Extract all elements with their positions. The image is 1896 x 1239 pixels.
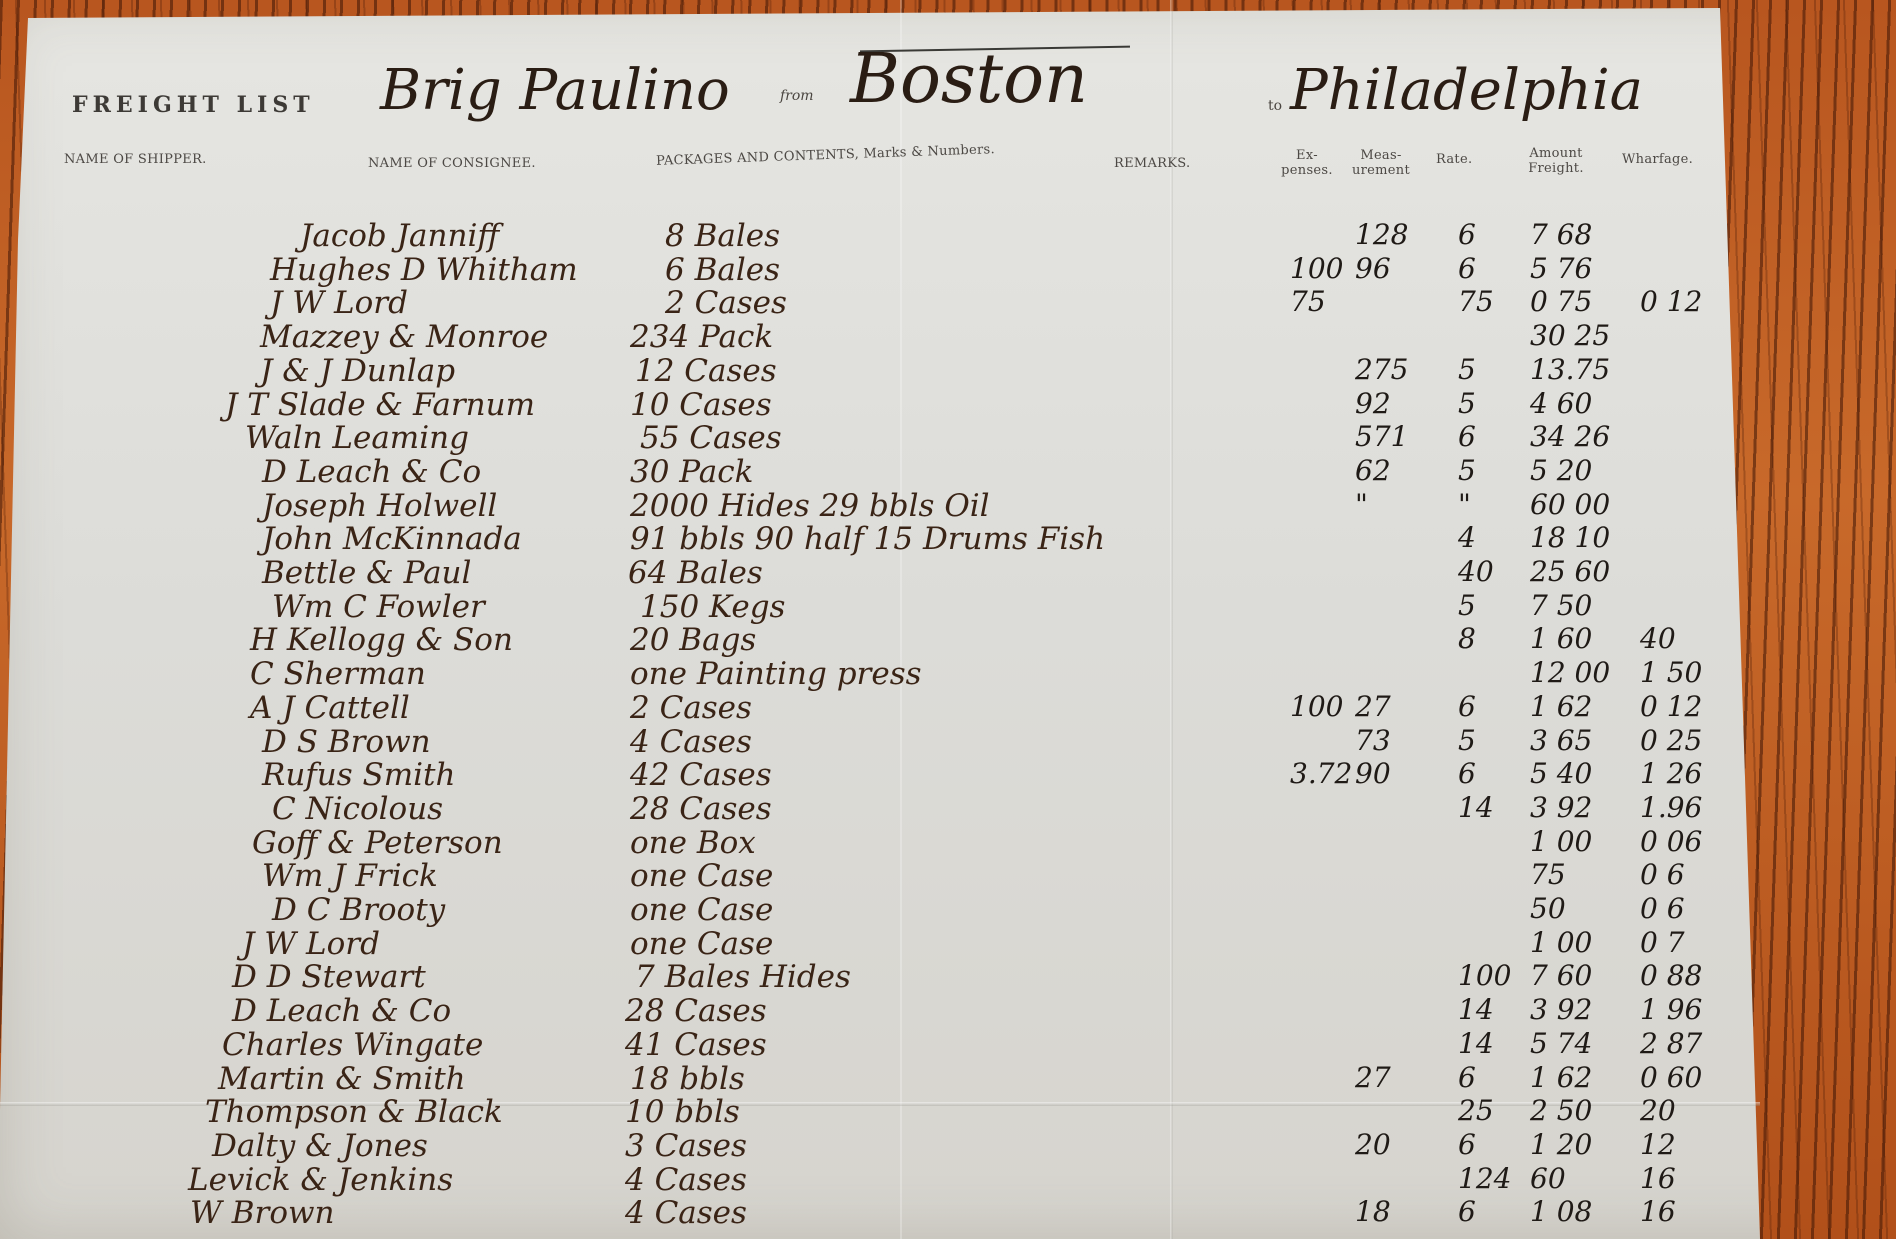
freight-amount: 1 62 (1530, 1061, 1592, 1094)
packages-contents: 4 Cases (630, 724, 752, 760)
freight-amount: 18 10 (1530, 521, 1610, 554)
consignee-name: A J Cattell (250, 690, 410, 726)
table-row: D Leach & Co28 Cases143 921 96 (0, 993, 1760, 1027)
measurement-value: 92 (1355, 387, 1391, 420)
consignee-name: Thompson & Black (205, 1094, 503, 1130)
packages-contents: one Painting press (630, 656, 922, 692)
rate-value: 6 (1458, 1061, 1476, 1094)
table-row: Martin & Smith18 bbls2761 620 60 (0, 1061, 1760, 1095)
wharfage-value: 16 (1640, 1195, 1676, 1228)
rate-value: 6 (1458, 1128, 1476, 1161)
freight-amount: 1 00 (1530, 926, 1592, 959)
table-row: J W Lord2 Cases75750 750 12 (0, 285, 1760, 319)
rate-value: 6 (1458, 252, 1476, 285)
packages-contents: 42 Cases (630, 757, 772, 793)
header-measurement: Meas- urement (1348, 148, 1414, 178)
rate-value: 5 (1458, 724, 1476, 757)
table-row: H Kellogg & Son20 Bags81 6040 (0, 622, 1760, 656)
freight-amount: 50 (1530, 892, 1566, 925)
packages-contents: one Case (630, 892, 773, 928)
rate-value: " (1458, 488, 1471, 521)
freight-amount: 7 68 (1530, 218, 1592, 251)
measurement-value: 571 (1355, 420, 1408, 453)
table-row: Charles Wingate41 Cases145 742 87 (0, 1027, 1760, 1061)
packages-contents: one Case (630, 926, 773, 962)
freight-amount: 7 50 (1530, 589, 1592, 622)
measurement-value: 18 (1355, 1195, 1391, 1228)
wharfage-value: 0 6 (1640, 892, 1685, 925)
freight-amount: 60 00 (1530, 488, 1610, 521)
freight-amount: 30 25 (1530, 319, 1610, 352)
rate-value: 124 (1458, 1162, 1511, 1195)
table-row: D S Brown4 Cases7353 650 25 (0, 724, 1760, 758)
expenses-value: 100 (1290, 252, 1343, 285)
consignee-name: J & J Dunlap (260, 353, 455, 389)
consignee-name: Goff & Peterson (252, 825, 503, 861)
destination-port: Philadelphia (1290, 58, 1643, 123)
table-row: Goff & Petersonone Box1 000 06 (0, 825, 1760, 859)
expenses-value: 3.72 (1290, 757, 1352, 790)
table-row: Levick & Jenkins4 Cases1246016 (0, 1162, 1760, 1196)
measurement-value: 96 (1355, 252, 1391, 285)
wharfage-value: 1 96 (1640, 993, 1702, 1026)
header-remarks: REMARKS. (1114, 156, 1190, 171)
header-amount-freight: Amount Freight. (1520, 146, 1592, 176)
freight-amount: 4 60 (1530, 387, 1592, 420)
vessel-name: Brig Paulino (380, 58, 730, 123)
packages-contents: 10 Cases (630, 387, 772, 423)
consignee-name: J W Lord (270, 285, 408, 321)
packages-contents: 28 Cases (625, 993, 767, 1029)
rate-value: 100 (1458, 959, 1511, 992)
freight-amount: 34 26 (1530, 420, 1610, 453)
table-row: D D Stewart7 Bales Hides1007 600 88 (0, 959, 1760, 993)
packages-contents: 28 Cases (630, 791, 772, 827)
packages-contents: 2 Cases (665, 285, 787, 321)
wharfage-value: 2 87 (1640, 1027, 1702, 1060)
table-row: C Shermanone Painting press12 001 50 (0, 656, 1760, 690)
header-rate: Rate. (1436, 152, 1472, 167)
header-consignee: NAME OF CONSIGNEE. (368, 156, 536, 171)
packages-contents: 55 Cases (640, 420, 782, 456)
packages-contents: 4 Cases (625, 1195, 747, 1231)
to-label: to (1268, 98, 1282, 114)
consignee-name: D Leach & Co (232, 993, 451, 1029)
wharfage-value: 0 7 (1640, 926, 1685, 959)
packages-contents: 4 Cases (625, 1162, 747, 1198)
wharfage-value: 1 26 (1640, 757, 1702, 790)
packages-contents: 64 Bales (628, 555, 763, 591)
rate-value: 6 (1458, 1195, 1476, 1228)
rate-value: 4 (1458, 521, 1476, 554)
consignee-name: J W Lord (242, 926, 380, 962)
freight-amount: 1 20 (1530, 1128, 1592, 1161)
packages-contents: 91 bbls 90 half 15 Drums Fish (630, 521, 1105, 557)
measurement-value: 62 (1355, 454, 1391, 487)
header-shipper: NAME OF SHIPPER. (64, 152, 207, 167)
table-row: J W Lordone Case1 000 7 (0, 926, 1760, 960)
table-row: D C Brootyone Case500 6 (0, 892, 1760, 926)
table-row: J & J Dunlap12 Cases275513.75 (0, 353, 1760, 387)
packages-contents: 20 Bags (630, 622, 756, 658)
rate-value: 8 (1458, 622, 1476, 655)
table-row: Wm J Frickone Case750 6 (0, 858, 1760, 892)
measurement-value: " (1355, 488, 1368, 521)
freight-amount: 2 50 (1530, 1094, 1592, 1127)
consignee-name: H Kellogg & Son (250, 622, 513, 658)
consignee-name: Jacob Janniff (300, 218, 499, 254)
packages-contents: 2 Cases (630, 690, 752, 726)
expenses-value: 100 (1290, 690, 1343, 723)
freight-amount: 5 20 (1530, 454, 1592, 487)
measurement-value: 27 (1355, 690, 1391, 723)
consignee-name: Wm C Fowler (272, 589, 485, 625)
table-row: Mazzey & Monroe234 Pack30 25 (0, 319, 1760, 353)
measurement-value: 90 (1355, 757, 1391, 790)
table-row: C Nicolous28 Cases143 921.96 (0, 791, 1760, 825)
rate-value: 6 (1458, 218, 1476, 251)
packages-contents: 150 Kegs (640, 589, 785, 625)
packages-contents: 30 Pack (630, 454, 753, 490)
consignee-name: D C Brooty (272, 892, 445, 928)
expenses-value: 75 (1290, 285, 1326, 318)
table-row: Wm C Fowler150 Kegs57 50 (0, 589, 1760, 623)
rate-value: 40 (1458, 555, 1494, 588)
consignee-name: Hughes D Whitham (270, 252, 578, 288)
consignee-name: Rufus Smith (262, 757, 455, 793)
freight-amount: 13.75 (1530, 353, 1610, 386)
consignee-name: J T Slade & Farnum (225, 387, 535, 423)
rate-value: 14 (1458, 1027, 1494, 1060)
wharfage-value: 16 (1640, 1162, 1676, 1195)
consignee-name: Mazzey & Monroe (260, 319, 548, 355)
packages-contents: 6 Bales (665, 252, 780, 288)
wharfage-value: 1.96 (1640, 791, 1702, 824)
form-title: FREIGHT LIST (72, 92, 315, 118)
rate-value: 75 (1458, 285, 1494, 318)
packages-contents: 2000 Hides 29 bbls Oil (630, 488, 990, 524)
rate-value: 6 (1458, 420, 1476, 453)
freight-amount: 1 08 (1530, 1195, 1592, 1228)
wharfage-value: 0 25 (1640, 724, 1702, 757)
origin-port: Boston (850, 40, 1088, 119)
freight-amount: 0 75 (1530, 285, 1592, 318)
consignee-name: C Nicolous (272, 791, 443, 827)
packages-contents: 18 bbls (630, 1061, 745, 1097)
wharfage-value: 12 (1640, 1128, 1676, 1161)
freight-amount: 75 (1530, 858, 1566, 891)
freight-amount: 3 65 (1530, 724, 1592, 757)
measurement-value: 20 (1355, 1128, 1391, 1161)
measurement-value: 73 (1355, 724, 1391, 757)
rate-value: 5 (1458, 387, 1476, 420)
measurement-value: 128 (1355, 218, 1408, 251)
freight-amount: 25 60 (1530, 555, 1610, 588)
consignee-name: D Leach & Co (262, 454, 481, 490)
rate-value: 6 (1458, 690, 1476, 723)
freight-amount: 1 60 (1530, 622, 1592, 655)
wharfage-value: 40 (1640, 622, 1676, 655)
from-label: from (780, 88, 814, 104)
table-row: Rufus Smith42 Cases3.729065 401 26 (0, 757, 1760, 791)
consignee-name: Joseph Holwell (262, 488, 497, 524)
consignee-name: John McKinnada (262, 521, 522, 557)
wharfage-value: 0 6 (1640, 858, 1685, 891)
packages-contents: 234 Pack (630, 319, 773, 355)
wharfage-value: 0 88 (1640, 959, 1702, 992)
packages-contents: 7 Bales Hides (635, 959, 851, 995)
consignee-name: Waln Leaming (245, 420, 469, 456)
consignee-name: Bettle & Paul (262, 555, 471, 591)
packages-contents: one Case (630, 858, 773, 894)
wharfage-value: 0 12 (1640, 690, 1702, 723)
rate-value: 5 (1458, 454, 1476, 487)
packages-contents: 3 Cases (625, 1128, 747, 1164)
consignee-name: D S Brown (262, 724, 431, 760)
freight-amount: 5 74 (1530, 1027, 1592, 1060)
wharfage-value: 0 12 (1640, 285, 1702, 318)
consignee-name: W Brown (190, 1195, 334, 1231)
table-row: W Brown4 Cases1861 0816 (0, 1195, 1760, 1229)
consignee-name: Dalty & Jones (212, 1128, 428, 1164)
wharfage-value: 1 50 (1640, 656, 1702, 689)
freight-amount: 5 40 (1530, 757, 1592, 790)
freight-amount: 1 00 (1530, 825, 1592, 858)
table-row: Thompson & Black10 bbls252 5020 (0, 1094, 1760, 1128)
table-row: A J Cattell2 Cases1002761 620 12 (0, 690, 1760, 724)
packages-contents: 12 Cases (635, 353, 777, 389)
consignee-name: D D Stewart (232, 959, 426, 995)
rate-value: 5 (1458, 589, 1476, 622)
freight-amount: 3 92 (1530, 993, 1592, 1026)
packages-contents: 8 Bales (665, 218, 780, 254)
table-row: Joseph Holwell2000 Hides 29 bbls Oil""60… (0, 488, 1760, 522)
table-row: Waln Leaming55 Cases571634 26 (0, 420, 1760, 454)
rate-value: 5 (1458, 353, 1476, 386)
rate-value: 6 (1458, 757, 1476, 790)
header-expenses: Ex- penses. (1278, 148, 1336, 178)
freight-amount: 60 (1530, 1162, 1566, 1195)
rate-value: 14 (1458, 791, 1494, 824)
table-row: J T Slade & Farnum10 Cases9254 60 (0, 387, 1760, 421)
consignee-name: Levick & Jenkins (188, 1162, 453, 1198)
freight-amount: 7 60 (1530, 959, 1592, 992)
table-row: John McKinnada91 bbls 90 half 15 Drums F… (0, 521, 1760, 555)
consignee-name: Martin & Smith (218, 1061, 466, 1097)
freight-amount: 5 76 (1530, 252, 1592, 285)
freight-amount: 12 00 (1530, 656, 1610, 689)
consignee-name: Charles Wingate (222, 1027, 483, 1063)
table-row: Dalty & Jones3 Cases2061 2012 (0, 1128, 1760, 1162)
wharfage-value: 0 06 (1640, 825, 1702, 858)
consignee-name: Wm J Frick (262, 858, 438, 894)
freight-amount: 1 62 (1530, 690, 1592, 723)
wharfage-value: 20 (1640, 1094, 1676, 1127)
table-row: Jacob Janniff8 Bales12867 68 (0, 218, 1760, 252)
freight-amount: 3 92 (1530, 791, 1592, 824)
table-row: Hughes D Whitham6 Bales1009665 76 (0, 252, 1760, 286)
packages-contents: 41 Cases (625, 1027, 767, 1063)
measurement-value: 275 (1355, 353, 1408, 386)
rate-value: 25 (1458, 1094, 1494, 1127)
header-wharfage: Wharfage. (1622, 152, 1693, 167)
table-row: Bettle & Paul64 Bales4025 60 (0, 555, 1760, 589)
consignee-name: C Sherman (250, 656, 426, 692)
table-row: D Leach & Co30 Pack6255 20 (0, 454, 1760, 488)
packages-contents: 10 bbls (625, 1094, 740, 1130)
rate-value: 14 (1458, 993, 1494, 1026)
wharfage-value: 0 60 (1640, 1061, 1702, 1094)
measurement-value: 27 (1355, 1061, 1391, 1094)
packages-contents: one Box (630, 825, 756, 861)
